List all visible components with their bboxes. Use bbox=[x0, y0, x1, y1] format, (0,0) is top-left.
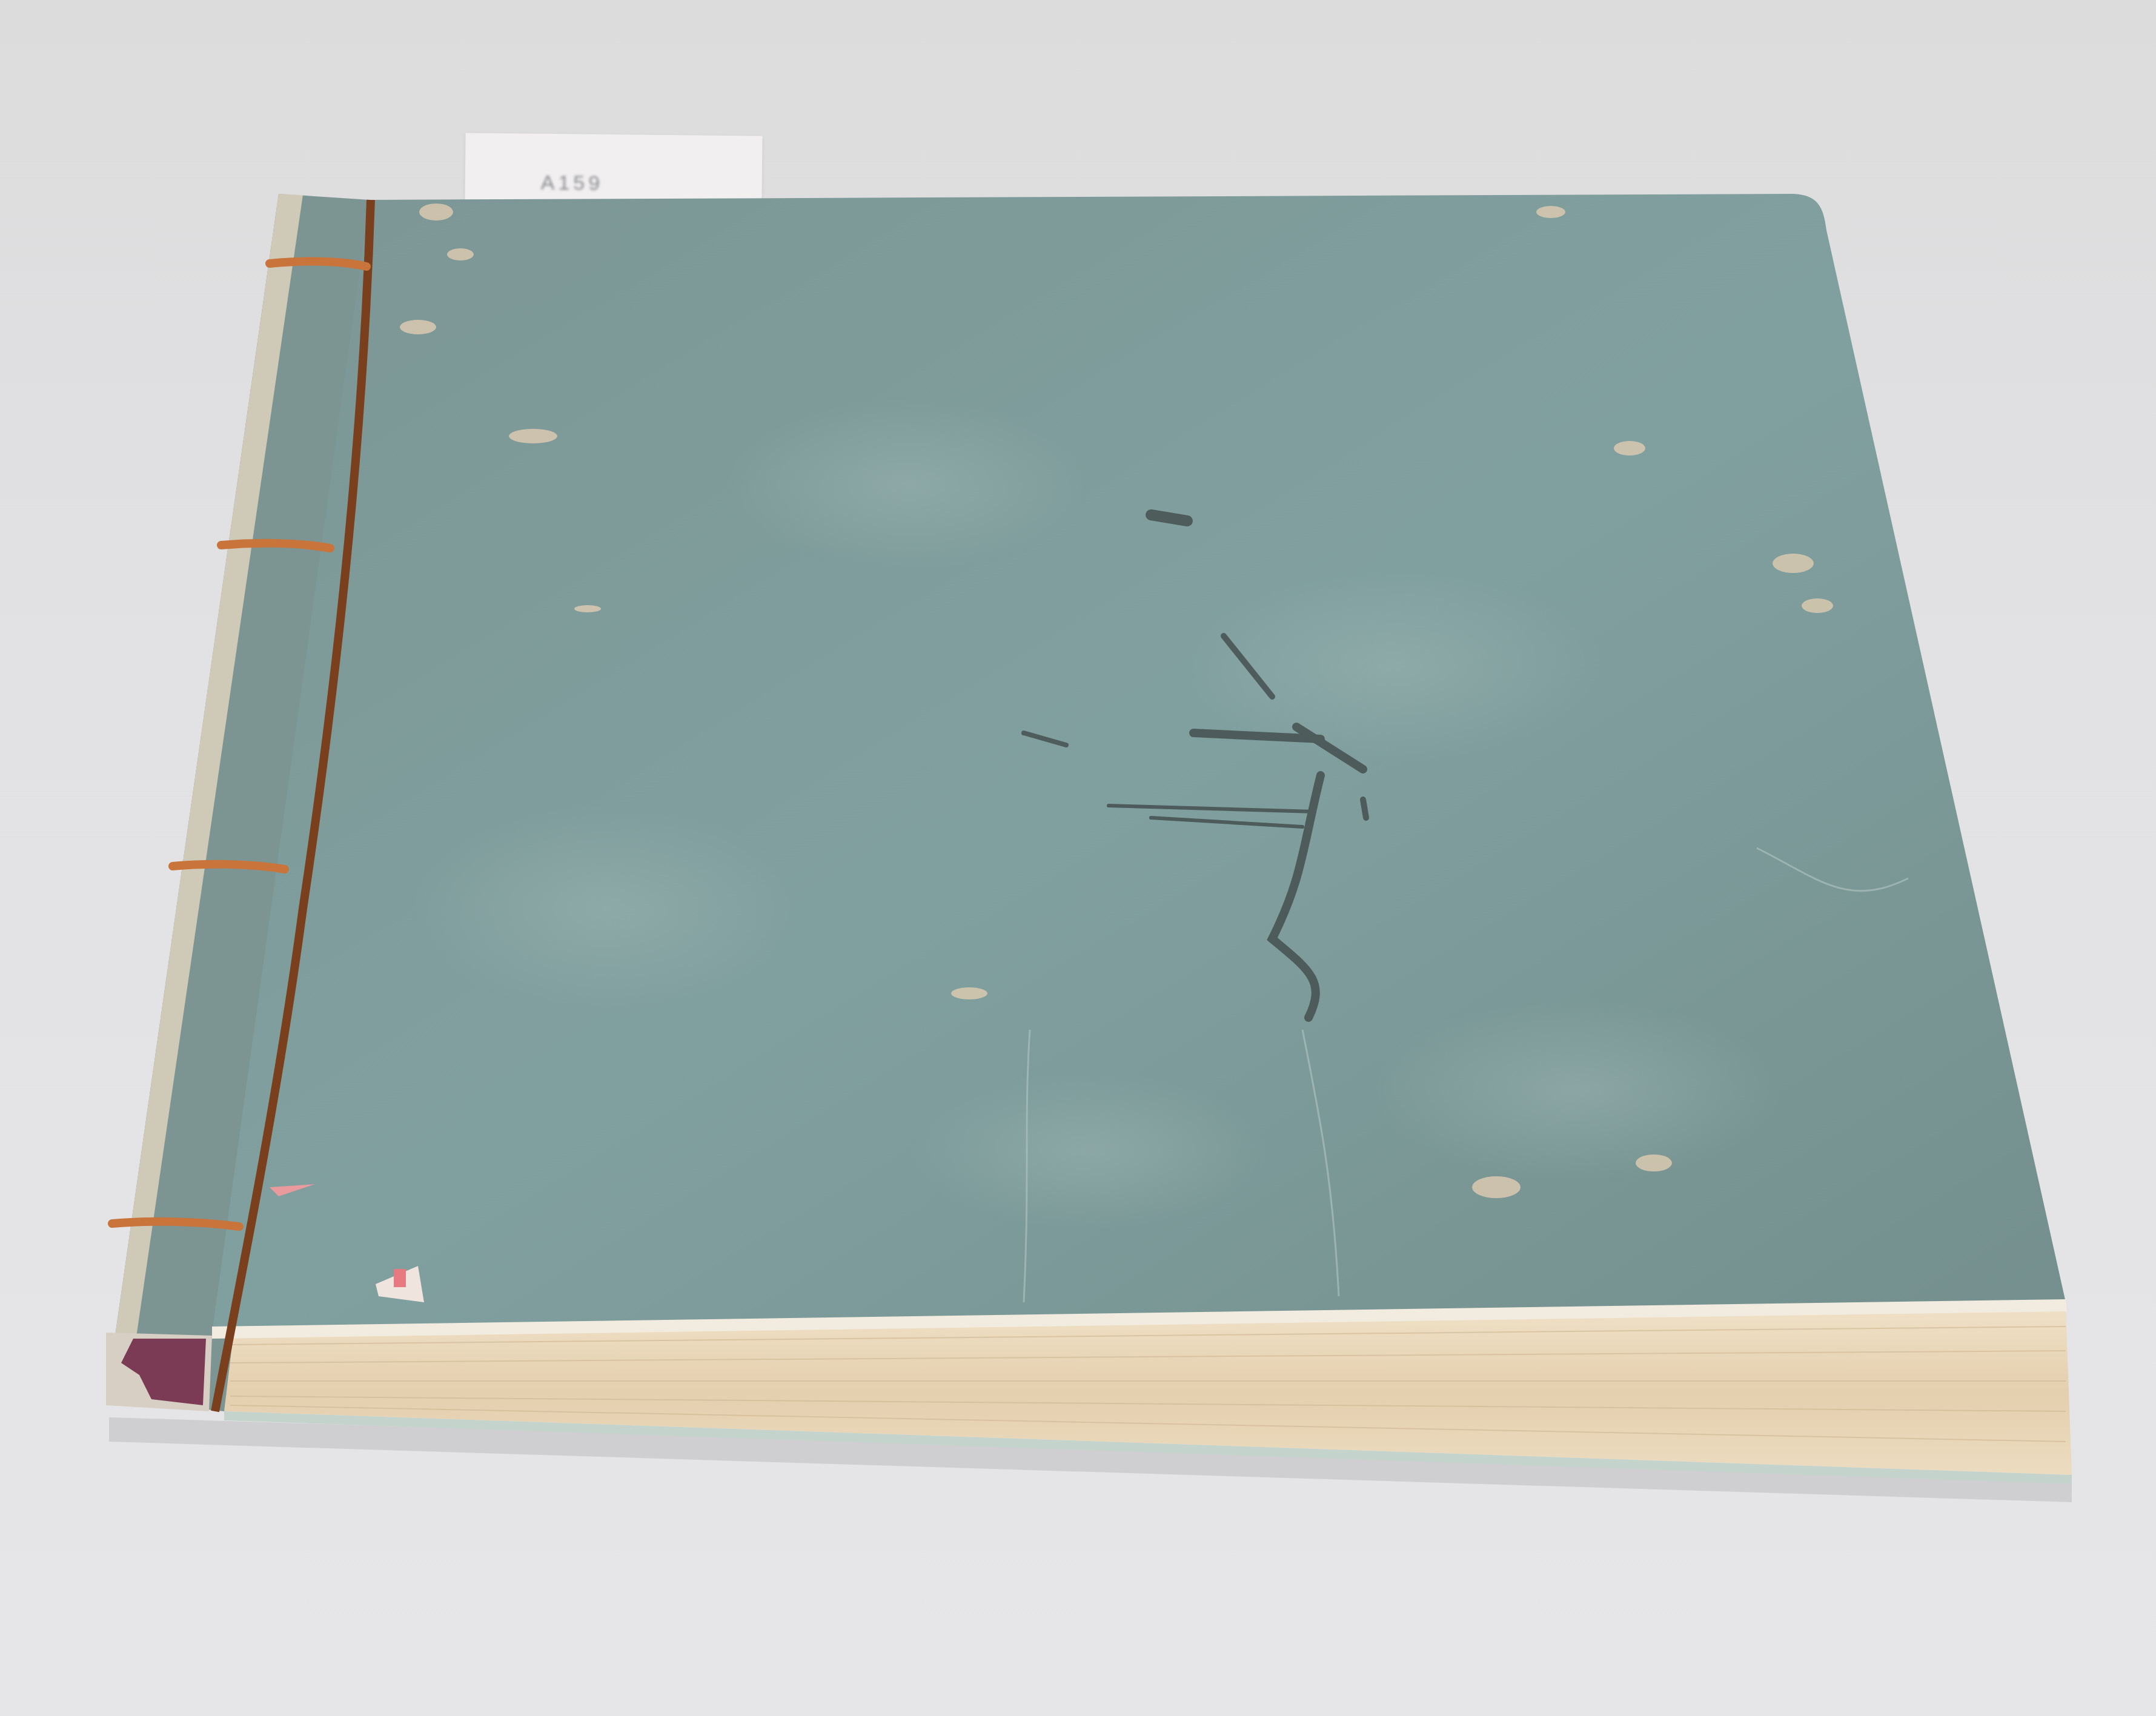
photo-scene: A159 bbox=[0, 0, 2156, 1716]
bound-book bbox=[0, 0, 2156, 1716]
